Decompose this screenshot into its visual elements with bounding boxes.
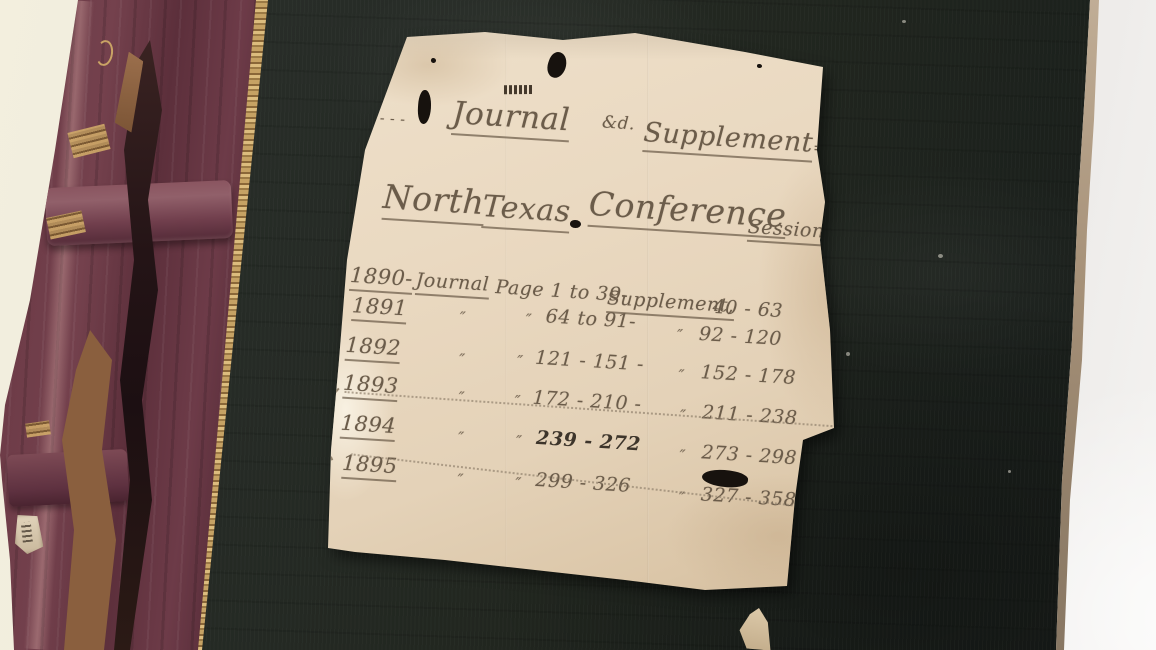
page-index-table: 1890- Journal Page 1 to 39- Supplement, … [352, 245, 876, 278]
journal-pages: 299 - 326 [535, 469, 632, 497]
ditto-mark: ″ [457, 428, 465, 447]
year-1892: 1892 [345, 333, 402, 364]
year-1890: 1890- [349, 263, 414, 295]
pencil-dashes: - - - [379, 110, 406, 128]
ink-blot [570, 220, 581, 228]
title-word-journal: Journal [451, 95, 571, 142]
cover-speck [902, 20, 906, 23]
gold-emblem [94, 39, 114, 67]
ditto-mark: ″ [676, 326, 684, 345]
paper-label: - - - Journal &d. Supplement =. North Te… [325, 30, 840, 605]
ditto-mark: ″ [678, 366, 686, 385]
ditto-mark: ″ [458, 388, 466, 407]
cover-speck [1008, 470, 1011, 473]
ditto-mark: ″ [525, 310, 533, 329]
ditto-mark: ″ [514, 391, 522, 410]
journal-pages: 121 - 151 - [534, 347, 644, 376]
photo-of-journal-cover: - - - Journal &d. Supplement =. North Te… [0, 0, 1156, 650]
ditto-mark: ″ [515, 432, 523, 451]
year-1894: 1894 [340, 411, 397, 442]
journal-pages: 239 - 272 [535, 427, 641, 456]
ditto-mark: ″ [459, 308, 467, 327]
year-1893: 1893 [342, 371, 399, 402]
ditto-mark: ″ [516, 352, 524, 371]
subtitle-word-north: North [382, 177, 486, 226]
ditto-mark: ″ [457, 470, 465, 489]
cover-speck [846, 352, 850, 356]
ditto-mark: ″ [679, 446, 687, 465]
pen-scribble [504, 85, 534, 94]
supplement-pages: 92 - 120 [698, 323, 782, 350]
ink-speck [431, 58, 436, 63]
ditto-mark: ″ [458, 350, 466, 369]
journal-pages: 64 to 91- [545, 305, 637, 333]
title-word-supplement: Supplement [642, 117, 814, 163]
year-1891: 1891 [351, 293, 408, 324]
ditto-mark: ″ [515, 474, 523, 493]
ink-speck [757, 64, 762, 68]
title-word-conj: &d. [601, 112, 635, 134]
cover-speck [938, 254, 943, 258]
supplement-pages: 211 - 238 [701, 401, 798, 429]
supplement-pages: 273 - 298 [701, 441, 798, 469]
journal-word: Journal [415, 269, 490, 300]
handwriting-layer: - - - Journal &d. Supplement =. North Te… [373, 38, 836, 609]
subtitle-word-texas: Texas [481, 189, 571, 233]
supplement-pages: 152 - 178 [700, 361, 797, 389]
